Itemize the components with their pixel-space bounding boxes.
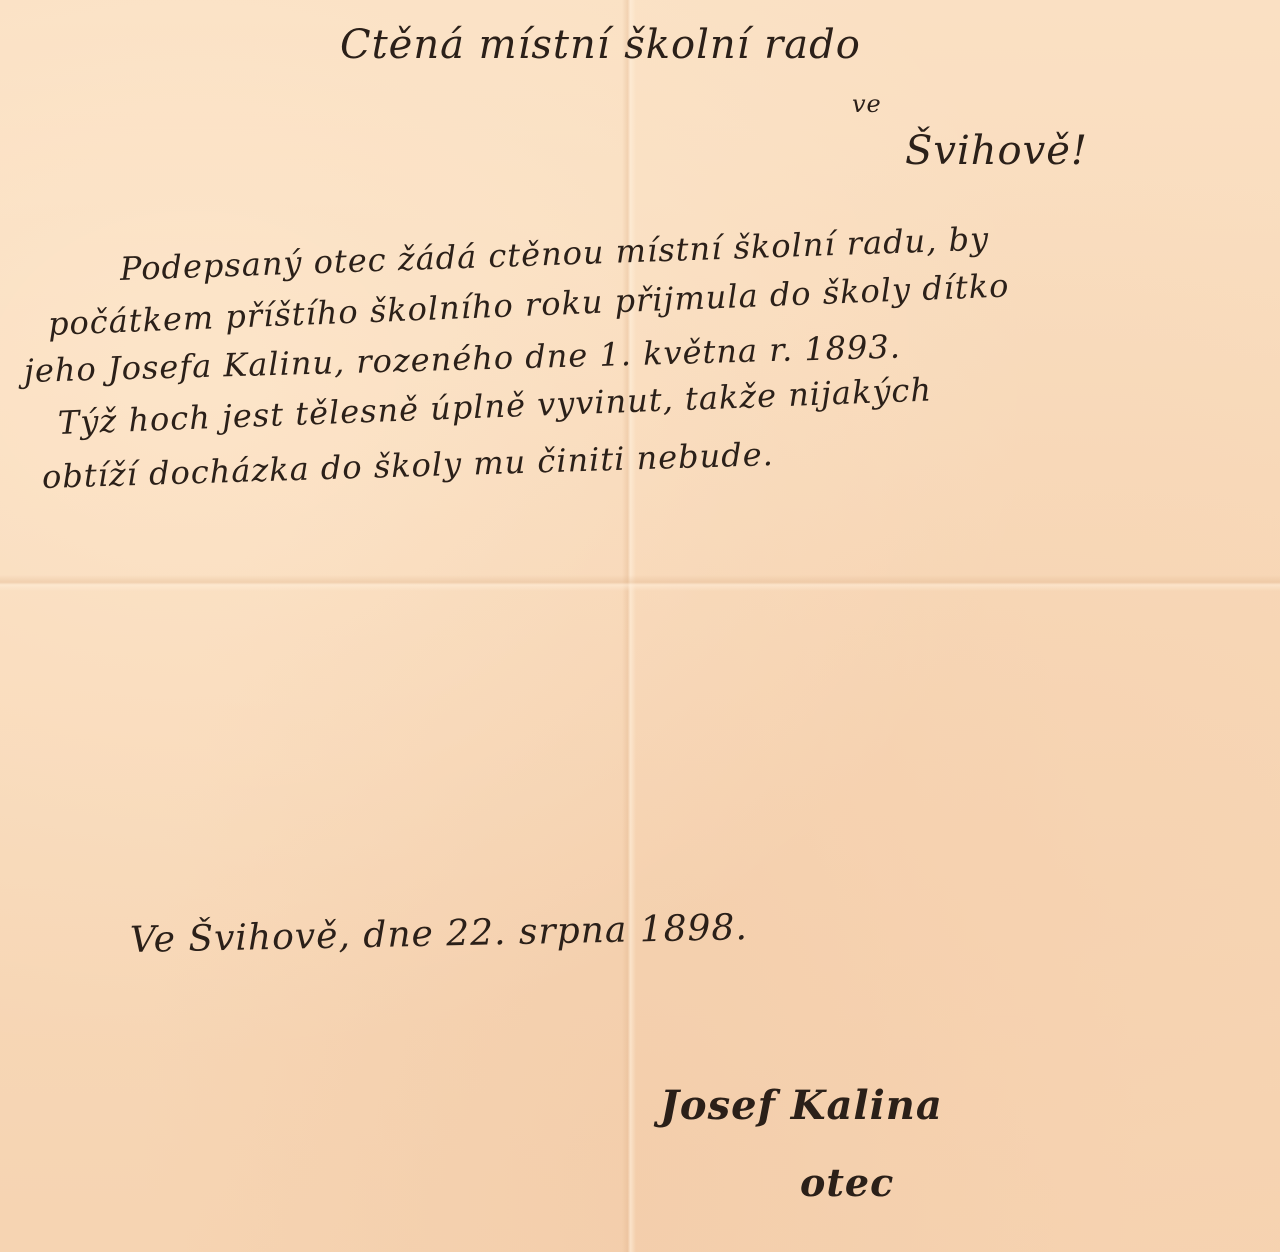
signature-role: otec bbox=[800, 1160, 894, 1205]
horizontal-fold-crease bbox=[0, 575, 1280, 591]
signature-name: Josef Kalina bbox=[660, 1082, 943, 1129]
vertical-fold-crease bbox=[622, 0, 636, 1252]
paper-background bbox=[0, 0, 1280, 1252]
salutation-line: Ctěná místní školní rado bbox=[340, 22, 861, 68]
salutation-preposition: ve bbox=[852, 90, 882, 118]
salutation-place: Švihově! bbox=[905, 128, 1088, 174]
